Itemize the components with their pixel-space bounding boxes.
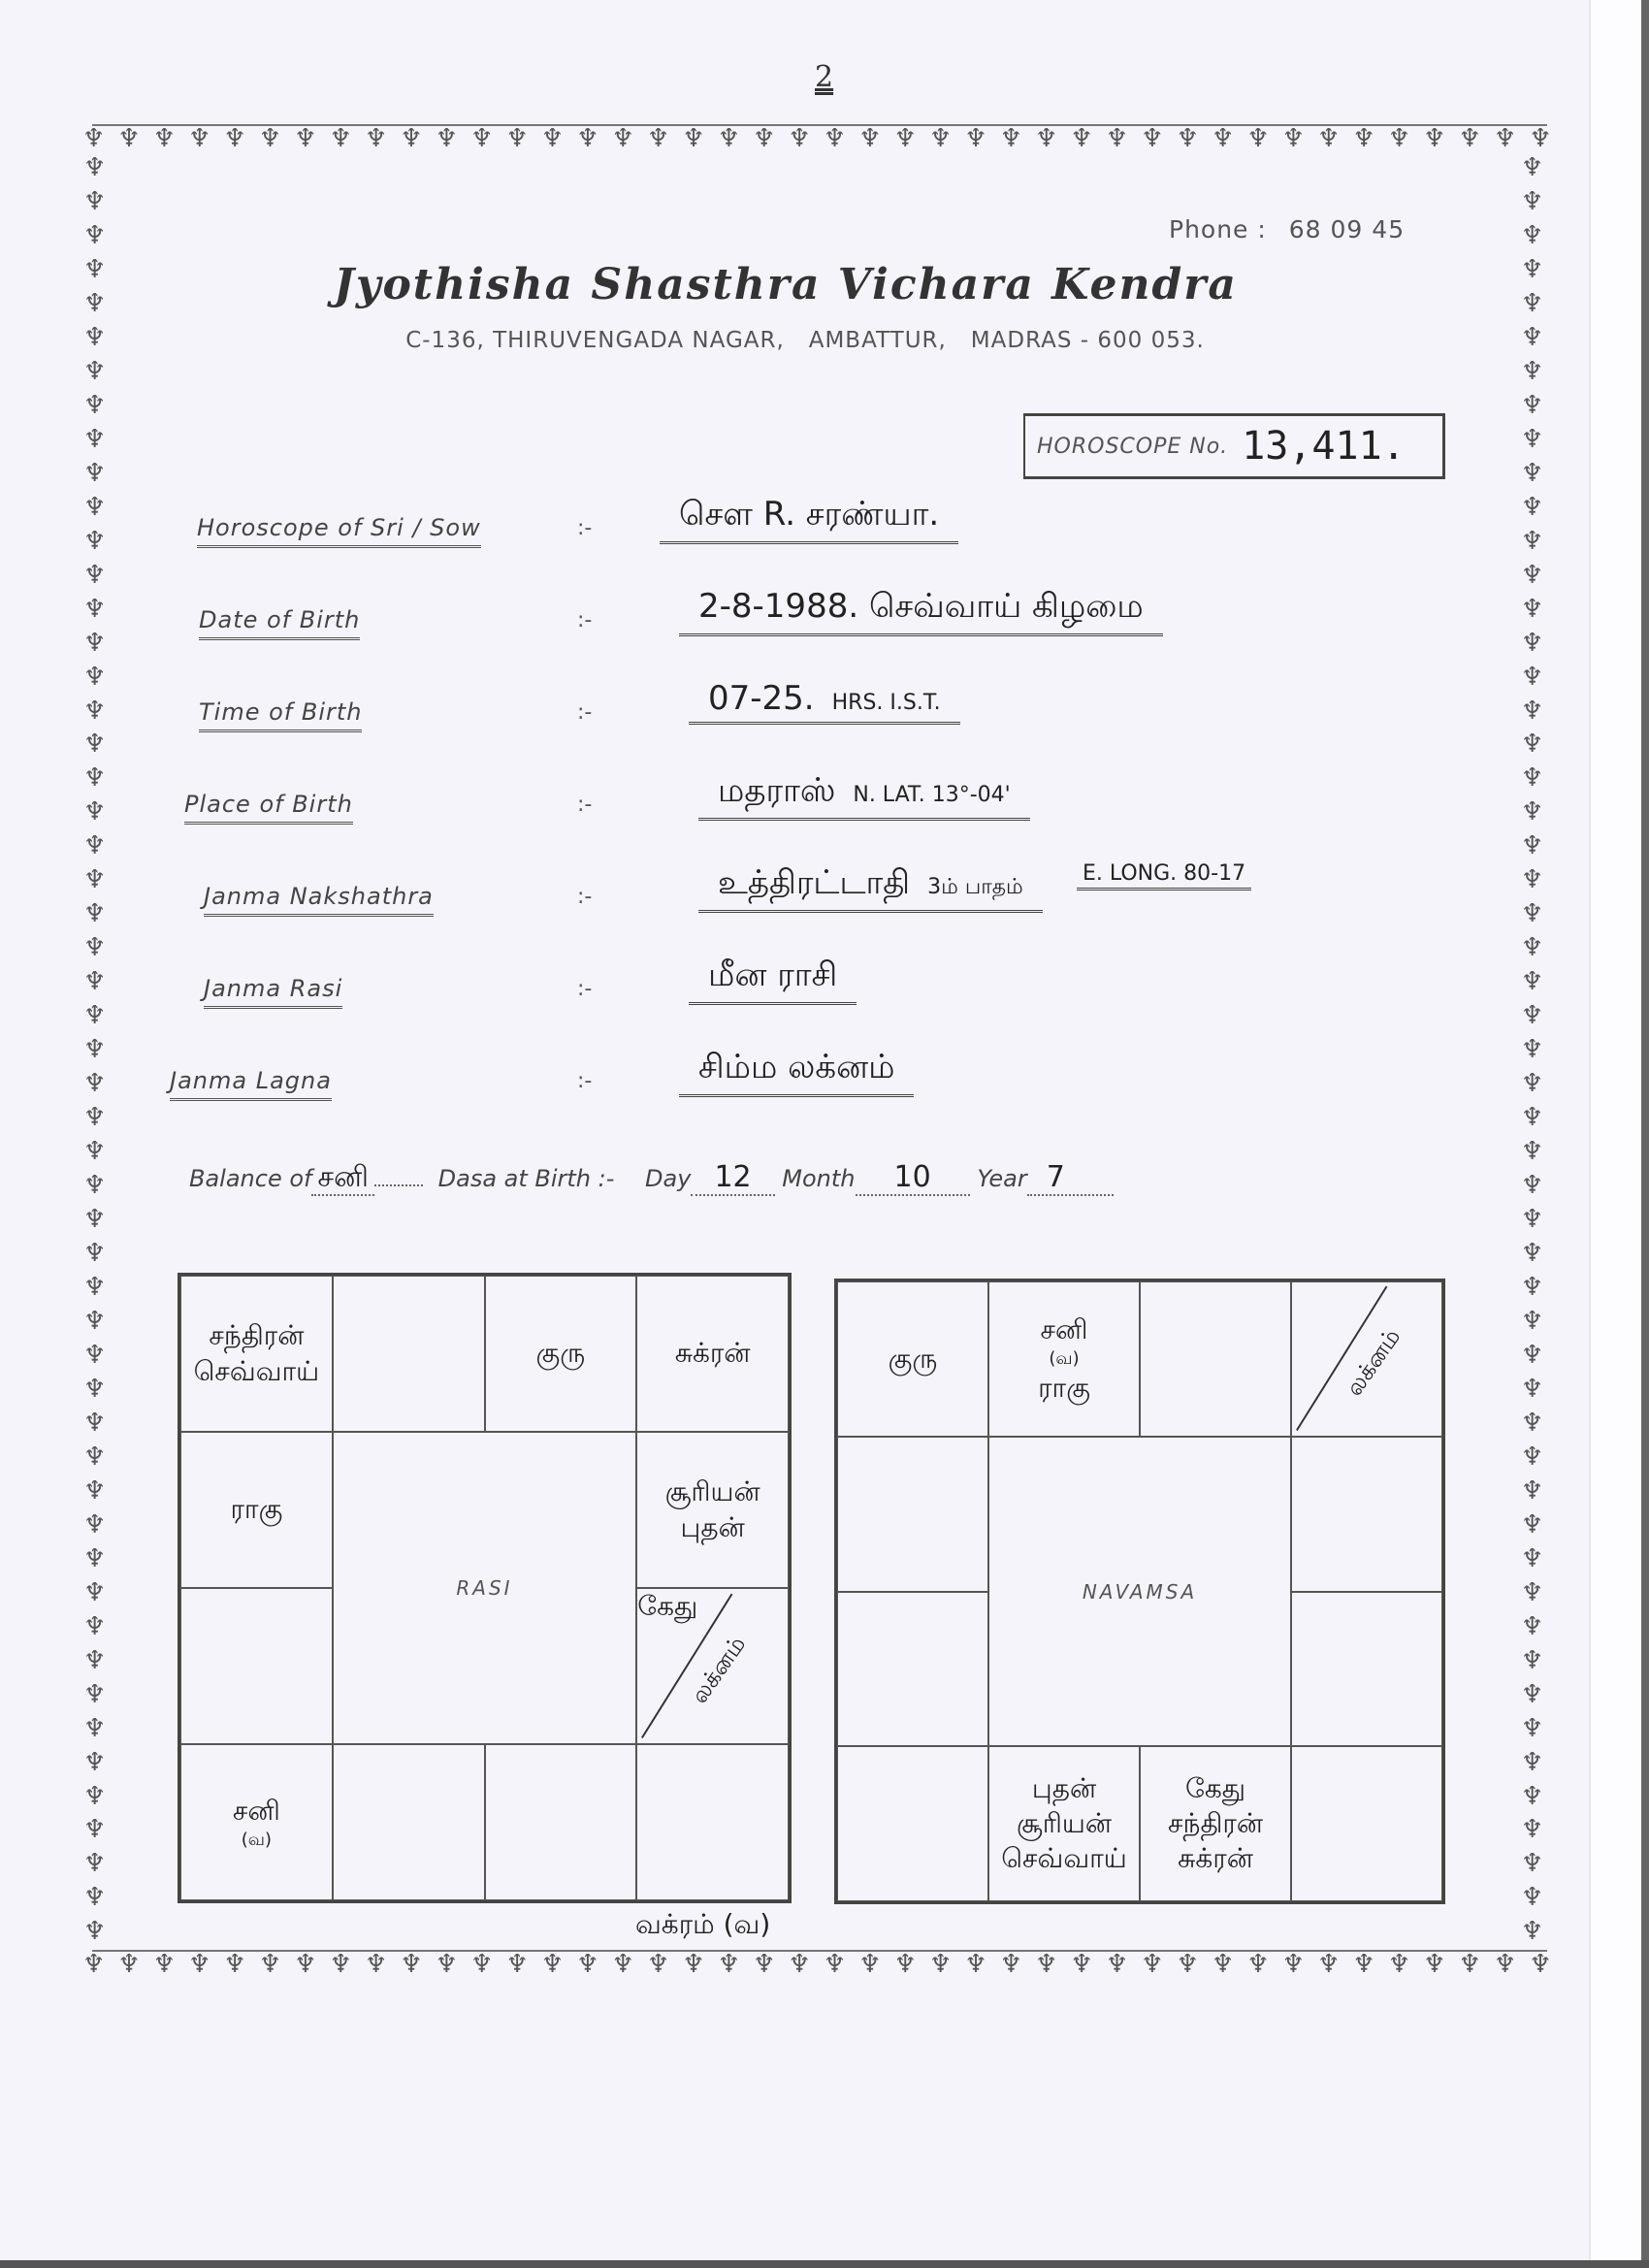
field-colon: :- (577, 608, 592, 632)
lamp-icon: ♆ (83, 1817, 106, 1842)
field-colon: :- (577, 977, 592, 1001)
lamp-icon: ♆ (1521, 1784, 1543, 1809)
planet-label: சூரியன் (1017, 1806, 1112, 1841)
lamp-icon: ♆ (1521, 867, 1543, 892)
field-value-text: 2-8-1988. செவ்வாய் கிழமை (698, 587, 1144, 626)
chart-title: NAVAMSA (988, 1437, 1291, 1747)
lamp-icon: ♆ (1521, 1885, 1543, 1910)
phone-label: Phone : (1169, 215, 1267, 243)
lamp-icon: ♆ (330, 126, 352, 151)
lamp-icon: ♆ (83, 1275, 106, 1300)
place-longitude: E. LONG. 80-17 (1077, 861, 1251, 891)
phone-number: Phone : 68 09 45 (1169, 215, 1405, 243)
lamp-icon: ♆ (1071, 126, 1093, 151)
planet-label: சுக்ரன் (675, 1336, 751, 1371)
horoscope-number-label: HOROSCOPE No. (1037, 435, 1228, 459)
lamp-icon: ♆ (1521, 935, 1543, 960)
lamp-icon: ♆ (83, 867, 106, 892)
lamp-icon: ♆ (1141, 1952, 1163, 1977)
lamp-icon: ♆ (259, 1952, 281, 1977)
lamp-icon: ♆ (436, 126, 458, 151)
lamp-icon: ♆ (83, 1885, 106, 1910)
lamp-icon: ♆ (1282, 1952, 1305, 1977)
lamp-icon: ♆ (1521, 1343, 1543, 1368)
day-label: Day (645, 1165, 691, 1192)
house-cell-r1c2 (333, 1276, 485, 1432)
rasi-chart: சந்திரன்செவ்வாய்குருசுக்ரன்ராகுசூரியன்பு… (178, 1273, 792, 1903)
lamp-icon: ♆ (83, 1003, 106, 1028)
lamp-icon: ♆ (1521, 1377, 1543, 1402)
lamp-icon: ♆ (83, 664, 106, 690)
lamp-icon: ♆ (83, 529, 106, 554)
navamsa-chart: குருசனி(வ)ராகுலக்னம்புதன்சூரியன்செவ்வாய்… (834, 1279, 1445, 1904)
lamp-icon: ♆ (1521, 1716, 1543, 1741)
lamp-icon: ♆ (83, 833, 106, 859)
lamp-icon: ♆ (1521, 359, 1543, 384)
dasa-label: Dasa at Birth :- (438, 1165, 615, 1192)
lamp-icon: ♆ (1521, 563, 1543, 588)
lamp-icon: ♆ (400, 1952, 422, 1977)
lamp-icon: ♆ (1106, 126, 1128, 151)
lamp-icon: ♆ (858, 1952, 881, 1977)
lamp-icon: ♆ (1521, 969, 1543, 994)
lamp-icon: ♆ (1521, 1173, 1543, 1198)
lamp-icon: ♆ (1521, 1682, 1543, 1707)
lamp-icon: ♆ (83, 461, 106, 486)
lamp-border-left: ♆♆♆♆♆♆♆♆♆♆♆♆♆♆♆♆♆♆♆♆♆♆♆♆♆♆♆♆♆♆♆♆♆♆♆♆♆♆♆♆… (83, 155, 106, 1945)
lamp-icon: ♆ (718, 126, 740, 151)
lamp-icon: ♆ (1246, 1952, 1269, 1977)
lamp-icon: ♆ (1521, 223, 1543, 248)
planet-label: கேது (637, 1589, 697, 1624)
lamp-icon: ♆ (83, 1851, 106, 1876)
lamp-icon: ♆ (294, 126, 316, 151)
dasa-balance-row: Balance ofசனி Dasa at Birth :- Day12 Mon… (189, 1160, 1114, 1198)
lamp-icon: ♆ (188, 1952, 210, 1977)
lamp-icon: ♆ (1521, 155, 1543, 180)
lamp-icon: ♆ (153, 1952, 176, 1977)
lamp-icon: ♆ (1529, 1952, 1551, 1977)
dasa-planet: சனி (311, 1160, 374, 1196)
house-cell-r4c2: புதன்சூரியன்செவ்வாய் (988, 1746, 1140, 1901)
lamp-icon: ♆ (259, 126, 281, 151)
planet-label: சனி (233, 1794, 280, 1829)
house-cell-r4c3 (485, 1744, 637, 1900)
field-value: மீன ராசி (689, 956, 857, 1005)
lamp-icon: ♆ (824, 126, 846, 151)
lamp-icon: ♆ (83, 1648, 106, 1673)
lamp-icon: ♆ (83, 1478, 106, 1504)
lamp-icon: ♆ (83, 427, 106, 452)
lamp-icon: ♆ (1212, 1952, 1234, 1977)
lamp-border-right: ♆♆♆♆♆♆♆♆♆♆♆♆♆♆♆♆♆♆♆♆♆♆♆♆♆♆♆♆♆♆♆♆♆♆♆♆♆♆♆♆… (1521, 155, 1543, 1945)
field-colon: :- (577, 1069, 592, 1093)
lamp-icon: ♆ (83, 155, 106, 180)
house-cell-r1c2: சனி(வ)ராகு (988, 1281, 1140, 1437)
lamp-icon: ♆ (1494, 126, 1516, 151)
lamp-icon: ♆ (1521, 461, 1543, 486)
planet-label: ராகு (1038, 1371, 1090, 1406)
field-value-text: சிம்ம லக்னம் (698, 1048, 894, 1086)
lamp-icon: ♆ (188, 126, 210, 151)
lamp-icon: ♆ (612, 126, 634, 151)
lamp-icon: ♆ (1521, 189, 1543, 214)
field-value-text: மதராஸ் (718, 771, 835, 810)
lamp-icon: ♆ (1459, 126, 1481, 151)
lamp-icon: ♆ (117, 1952, 140, 1977)
planet-label: (வ) (1049, 1347, 1079, 1370)
lamp-icon: ♆ (682, 1952, 704, 1977)
lamp-icon: ♆ (83, 1682, 106, 1707)
lamp-icon: ♆ (83, 1580, 106, 1605)
lamp-icon: ♆ (83, 393, 106, 418)
lamp-icon: ♆ (83, 1071, 106, 1096)
lamp-icon: ♆ (576, 1952, 598, 1977)
organization-name: Jyothisha Shasthra Vichara Kendra (0, 260, 1610, 309)
lamp-icon: ♆ (1521, 1105, 1543, 1130)
planet-label: (வ) (242, 1829, 272, 1851)
lamp-icon: ♆ (1521, 427, 1543, 452)
lamp-icon: ♆ (83, 731, 106, 757)
house-cell-r2c1 (837, 1437, 988, 1592)
lamp-icon: ♆ (1494, 1952, 1516, 1977)
house-cell-r1c4: சுக்ரன் (636, 1276, 789, 1432)
field-value: 07-25.HRS. I.S.T. (689, 679, 960, 725)
lamp-icon: ♆ (1521, 1580, 1543, 1605)
lamp-icon: ♆ (753, 1952, 775, 1977)
planet-label: ராகு (230, 1492, 282, 1527)
field-label: Janma Nakshathra (204, 883, 434, 917)
field-value-text: 07-25. (708, 679, 815, 718)
lamp-icon: ♆ (1521, 495, 1543, 520)
lamp-icon: ♆ (824, 1952, 846, 1977)
page-number: 2 (815, 60, 833, 94)
house-cell-r4c2 (333, 1744, 485, 1900)
lamp-icon: ♆ (612, 1952, 634, 1977)
lamp-icon: ♆ (1521, 799, 1543, 825)
lamp-icon: ♆ (647, 126, 669, 151)
house-cell-r3c4: கேதுலக்னம் (636, 1588, 789, 1744)
lamp-icon: ♆ (1521, 765, 1543, 791)
lamp-icon: ♆ (83, 969, 106, 994)
lamp-icon: ♆ (400, 126, 422, 151)
lamp-icon: ♆ (83, 1919, 106, 1944)
lamp-icon: ♆ (83, 223, 106, 248)
lamp-icon: ♆ (1317, 1952, 1340, 1977)
lamp-icon: ♆ (1035, 126, 1057, 151)
lamp-icon: ♆ (576, 126, 598, 151)
house-cell-r4c4 (636, 1744, 789, 1900)
lamp-icon: ♆ (789, 1952, 811, 1977)
lamp-icon: ♆ (470, 126, 493, 151)
field-value-note: 3ம் பாதம் (927, 875, 1023, 899)
lamp-icon: ♆ (858, 126, 881, 151)
planet-label: சந்திரன் (209, 1318, 304, 1353)
lamp-icon: ♆ (1521, 698, 1543, 724)
lamp-icon: ♆ (1521, 1614, 1543, 1639)
lamp-icon: ♆ (365, 126, 387, 151)
lamp-icon: ♆ (541, 1952, 564, 1977)
house-cell-r4c1 (837, 1746, 988, 1901)
lamp-icon: ♆ (1521, 1410, 1543, 1436)
house-cell-r1c1: குரு (837, 1281, 988, 1437)
lamp-icon: ♆ (1423, 126, 1445, 151)
month-label: Month (782, 1165, 855, 1192)
lamp-icon: ♆ (1388, 1952, 1410, 1977)
field-value: உத்திரட்டாதி3ம் பாதம் (698, 863, 1043, 913)
field-label: Janma Rasi (204, 975, 342, 1009)
lamp-icon: ♆ (1521, 1546, 1543, 1571)
lamp-icon: ♆ (1521, 1037, 1543, 1062)
house-cell-r2c4: சூரியன்புதன் (636, 1432, 789, 1588)
house-cell-r3c1 (837, 1592, 988, 1747)
lamp-icon: ♆ (330, 1952, 352, 1977)
lamp-icon: ♆ (117, 126, 140, 151)
lamp-icon: ♆ (647, 1952, 669, 1977)
lamp-icon: ♆ (224, 126, 246, 151)
lamp-icon: ♆ (1521, 597, 1543, 622)
balance-label: Balance of (189, 1165, 311, 1192)
lamp-icon: ♆ (1521, 1444, 1543, 1470)
lamp-icon: ♆ (506, 1952, 529, 1977)
lamp-icon: ♆ (83, 1173, 106, 1198)
lamp-icon: ♆ (83, 765, 106, 791)
lamp-icon: ♆ (753, 126, 775, 151)
planet-label: சந்திரன் (1168, 1806, 1263, 1841)
lamp-icon: ♆ (1141, 126, 1163, 151)
house-cell-r3c4 (1291, 1592, 1442, 1747)
field-label: Time of Birth (199, 698, 362, 732)
lamp-icon: ♆ (929, 1952, 952, 1977)
scan-edge-bottom (0, 2260, 1649, 2268)
lamp-icon: ♆ (894, 1952, 917, 1977)
planet-label: சுக்ரன் (1178, 1841, 1253, 1876)
field-value-text: உத்திரட்டாதி (718, 863, 910, 902)
field-value: மதராஸ்N. LAT. 13°-04' (698, 771, 1030, 821)
lamp-icon: ♆ (83, 1716, 106, 1741)
lamp-icon: ♆ (1521, 631, 1543, 656)
lamp-icon: ♆ (1521, 529, 1543, 554)
planet-label: கேது (1185, 1771, 1245, 1806)
lamp-icon: ♆ (83, 189, 106, 214)
lamp-icon: ♆ (470, 1952, 493, 1977)
lamp-icon: ♆ (682, 126, 704, 151)
lamp-icon: ♆ (964, 1952, 986, 1977)
lamp-icon: ♆ (83, 1343, 106, 1368)
phone-value: 68 09 45 (1289, 215, 1405, 243)
lamp-icon: ♆ (1521, 1309, 1543, 1334)
lamp-icon: ♆ (1521, 1071, 1543, 1096)
chart-title: RASI (333, 1432, 637, 1744)
lamp-icon: ♆ (83, 631, 106, 656)
lamp-icon: ♆ (789, 126, 811, 151)
lamp-icon: ♆ (1459, 1952, 1481, 1977)
field-value-note: N. LAT. 13°-04' (853, 783, 1010, 807)
dotted-leader (374, 1184, 423, 1186)
lamp-icon: ♆ (1521, 1275, 1543, 1300)
planet-label: குரு (889, 1342, 938, 1377)
lamp-icon: ♆ (294, 1952, 316, 1977)
lamp-icon: ♆ (1521, 1512, 1543, 1538)
lamp-icon: ♆ (1423, 1952, 1445, 1977)
day-value: 12 (691, 1160, 774, 1196)
lamp-icon: ♆ (83, 1377, 106, 1402)
field-label: Janma Lagna (170, 1067, 332, 1101)
lamp-icon: ♆ (1212, 126, 1234, 151)
house-cell-r1c3 (1140, 1281, 1291, 1437)
field-colon: :- (577, 516, 592, 540)
lamp-icon: ♆ (1353, 1952, 1375, 1977)
lamp-icon: ♆ (1521, 1207, 1543, 1232)
lamp-icon: ♆ (1521, 1648, 1543, 1673)
horoscope-number-value: 13,411. (1242, 424, 1406, 469)
retrograde-footnote: வக்ரம் (வ) (635, 1908, 770, 1944)
field-value-text: மீன ராசி (708, 956, 837, 994)
lamp-icon: ♆ (1000, 126, 1022, 151)
lamp-icon: ♆ (83, 1614, 106, 1639)
lamp-icon: ♆ (541, 126, 564, 151)
lamp-icon: ♆ (83, 1139, 106, 1164)
house-cell-r3c1 (180, 1588, 333, 1744)
planet-label: புதன் (681, 1510, 745, 1545)
field-label: Horoscope of Sri / Sow (197, 514, 481, 548)
field-colon: :- (577, 793, 592, 817)
lamp-icon: ♆ (83, 1241, 106, 1266)
lamp-icon: ♆ (1521, 901, 1543, 926)
lamp-icon: ♆ (1317, 126, 1340, 151)
lamp-icon: ♆ (1282, 126, 1305, 151)
lamp-icon: ♆ (1521, 731, 1543, 757)
lamp-icon: ♆ (83, 1444, 106, 1470)
house-cell-r1c3: குரு (485, 1276, 637, 1432)
lamp-icon: ♆ (1177, 126, 1199, 151)
lamp-icon: ♆ (83, 563, 106, 588)
planet-label: செவ்வாய் (1001, 1841, 1127, 1876)
lamp-icon: ♆ (1521, 833, 1543, 859)
lamp-icon: ♆ (1353, 126, 1375, 151)
lamp-icon: ♆ (1529, 126, 1551, 151)
field-value: 2-8-1988. செவ்வாய் கிழமை (679, 587, 1163, 636)
house-cell-r4c4 (1291, 1746, 1442, 1901)
lamp-icon: ♆ (83, 597, 106, 622)
lamp-icon: ♆ (894, 126, 917, 151)
lamp-icon: ♆ (929, 126, 952, 151)
organization-address: C-136, THIRUVENGADA NAGAR, AMBATTUR, MAD… (0, 328, 1630, 353)
lamp-icon: ♆ (718, 1952, 740, 1977)
lamp-border-top: ♆♆♆♆♆♆♆♆♆♆♆♆♆♆♆♆♆♆♆♆♆♆♆♆♆♆♆♆♆♆♆♆♆♆♆♆♆♆♆♆… (82, 126, 1552, 151)
lamp-icon: ♆ (83, 1410, 106, 1436)
lamp-icon: ♆ (1521, 1003, 1543, 1028)
lamp-icon: ♆ (83, 1784, 106, 1809)
month-value: 10 (856, 1160, 970, 1196)
field-colon: :- (577, 700, 592, 725)
house-cell-r4c3: கேதுசந்திரன்சுக்ரன் (1140, 1746, 1291, 1901)
field-label: Date of Birth (199, 606, 360, 640)
year-label: Year (977, 1165, 1026, 1192)
house-cell-r1c4: லக்னம் (1291, 1281, 1442, 1437)
lamp-icon: ♆ (83, 1309, 106, 1334)
lamp-icon: ♆ (1071, 1952, 1093, 1977)
planet-label: குரு (536, 1336, 586, 1371)
lamp-icon: ♆ (83, 1750, 106, 1775)
planet-label: சூரியன் (665, 1474, 760, 1509)
house-cell-r2c1: ராகு (180, 1432, 333, 1588)
lagna-marker: லக்னம் (1340, 1322, 1407, 1402)
lamp-icon: ♆ (82, 126, 105, 151)
lamp-icon: ♆ (1177, 1952, 1199, 1977)
lamp-icon: ♆ (83, 799, 106, 825)
lamp-icon: ♆ (83, 1207, 106, 1232)
lamp-icon: ♆ (83, 1546, 106, 1571)
lamp-icon: ♆ (83, 901, 106, 926)
house-cell-r4c1: சனி(வ) (180, 1744, 333, 1900)
house-cell-r1c1: சந்திரன்செவ்வாய் (180, 1276, 333, 1432)
field-value-text: செள R. சரண்யா. (679, 495, 939, 534)
field-value: செள R. சரண்யா. (660, 495, 958, 544)
lamp-icon: ♆ (83, 359, 106, 384)
lamp-icon: ♆ (1106, 1952, 1128, 1977)
field-value: சிம்ம லக்னம் (679, 1048, 914, 1097)
lamp-icon: ♆ (1246, 126, 1269, 151)
lamp-icon: ♆ (83, 495, 106, 520)
lagna-marker: லக்னம் (685, 1631, 753, 1710)
lamp-icon: ♆ (1000, 1952, 1022, 1977)
planet-label: சனி (1041, 1312, 1088, 1347)
lamp-icon: ♆ (1388, 126, 1410, 151)
lamp-icon: ♆ (1521, 393, 1543, 418)
lamp-icon: ♆ (1521, 1241, 1543, 1266)
year-value: 7 (1027, 1160, 1114, 1196)
lamp-icon: ♆ (1521, 1750, 1543, 1775)
lamp-icon: ♆ (964, 126, 986, 151)
field-value-note: HRS. I.S.T. (832, 691, 941, 715)
house-cell-r2c4 (1291, 1437, 1442, 1592)
lamp-icon: ♆ (1521, 1139, 1543, 1164)
planet-label: செவ்வாய் (194, 1354, 320, 1389)
lamp-icon: ♆ (1521, 1478, 1543, 1504)
lamp-icon: ♆ (83, 1037, 106, 1062)
lamp-icon: ♆ (83, 1105, 106, 1130)
lamp-border-bottom: ♆♆♆♆♆♆♆♆♆♆♆♆♆♆♆♆♆♆♆♆♆♆♆♆♆♆♆♆♆♆♆♆♆♆♆♆♆♆♆♆… (82, 1952, 1552, 1977)
lamp-icon: ♆ (224, 1952, 246, 1977)
lamp-icon: ♆ (83, 935, 106, 960)
planet-label: புதன் (1032, 1771, 1096, 1806)
lamp-icon: ♆ (1521, 1817, 1543, 1842)
lamp-icon: ♆ (153, 126, 176, 151)
lamp-icon: ♆ (365, 1952, 387, 1977)
horoscope-number-box: HOROSCOPE No. 13,411. (1023, 413, 1445, 479)
field-colon: :- (577, 885, 592, 909)
lamp-icon: ♆ (1521, 1851, 1543, 1876)
lamp-icon: ♆ (83, 698, 106, 724)
lamp-icon: ♆ (1521, 664, 1543, 690)
field-label: Place of Birth (184, 791, 353, 825)
lamp-icon: ♆ (436, 1952, 458, 1977)
lamp-icon: ♆ (1521, 1919, 1543, 1944)
scan-edge (1641, 0, 1649, 2268)
lamp-icon: ♆ (1035, 1952, 1057, 1977)
lamp-icon: ♆ (82, 1952, 105, 1977)
lamp-icon: ♆ (506, 126, 529, 151)
lamp-icon: ♆ (83, 1512, 106, 1538)
